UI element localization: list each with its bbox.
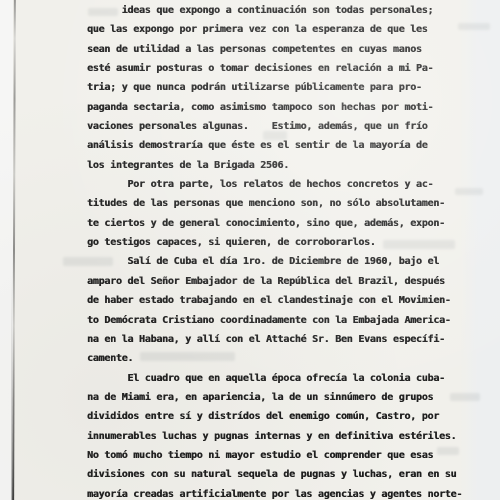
erasure-smudge — [450, 393, 480, 401]
page-edge-line-secondary — [11, 0, 12, 500]
erasure-smudge — [383, 240, 455, 249]
text-line: divisiones con su natural sequela de pug… — [87, 465, 472, 484]
text-line: to Demócrata Cristiano coordinadamente c… — [87, 311, 472, 330]
text-line: Por otra parte, los relatos de hechos co… — [87, 175, 472, 194]
text-line: te ciertos y de general conocimiento, si… — [87, 214, 472, 233]
page-edge-line — [12, 0, 15, 500]
text-line: innumerables luchas y pugnas internas y … — [87, 427, 472, 446]
text-line: los integrantes de la Brigada 2506. — [87, 156, 472, 175]
text-line: El cuadro que en aquella época ofrecía l… — [87, 369, 472, 388]
text-line: na en la Habana, y allí con el Attaché S… — [87, 330, 472, 349]
text-line: Salí de Cuba el día 1ro. de Diciembre de… — [87, 252, 472, 271]
erasure-smudge — [455, 188, 483, 195]
document-page: ideas que expongo a continuación son tod… — [0, 0, 500, 500]
text-line: sean de utilidad a las personas competen… — [87, 40, 472, 59]
erasure-smudge — [437, 447, 459, 455]
document-text: ideas que expongo a continuación son tod… — [87, 1, 472, 500]
erasure-smudge — [63, 257, 113, 266]
erasure-smudge — [458, 23, 490, 30]
text-line: divididos entre sí y distrídos del enemi… — [87, 407, 472, 426]
text-line: mayoría creadas artificialmente por las … — [87, 485, 472, 500]
text-line: paganda sectaria, como asimismo tampoco … — [87, 98, 472, 117]
erasure-smudge — [140, 352, 235, 361]
text-line: No tomó mucho tiempo ni mayor estudio el… — [87, 446, 472, 465]
text-line: na de Miami era, en apariencia, la de un… — [87, 388, 472, 407]
text-line: titudes de las personas que menciono son… — [87, 194, 472, 213]
text-line: esté asumir posturas o tomar decisiones … — [87, 59, 472, 78]
text-line: tria; y que nunca podrán utilizarse públ… — [87, 78, 472, 97]
erasure-smudge — [263, 131, 287, 140]
text-line: que las expongo por primera vez con la e… — [87, 20, 472, 39]
text-line: de haber estado trabajando en el clandes… — [87, 291, 472, 310]
text-line: ideas que expongo a continuación son tod… — [87, 1, 472, 20]
erasure-smudge — [88, 8, 118, 16]
text-line: amparo del Señor Embajador de la Repúbli… — [87, 272, 472, 291]
